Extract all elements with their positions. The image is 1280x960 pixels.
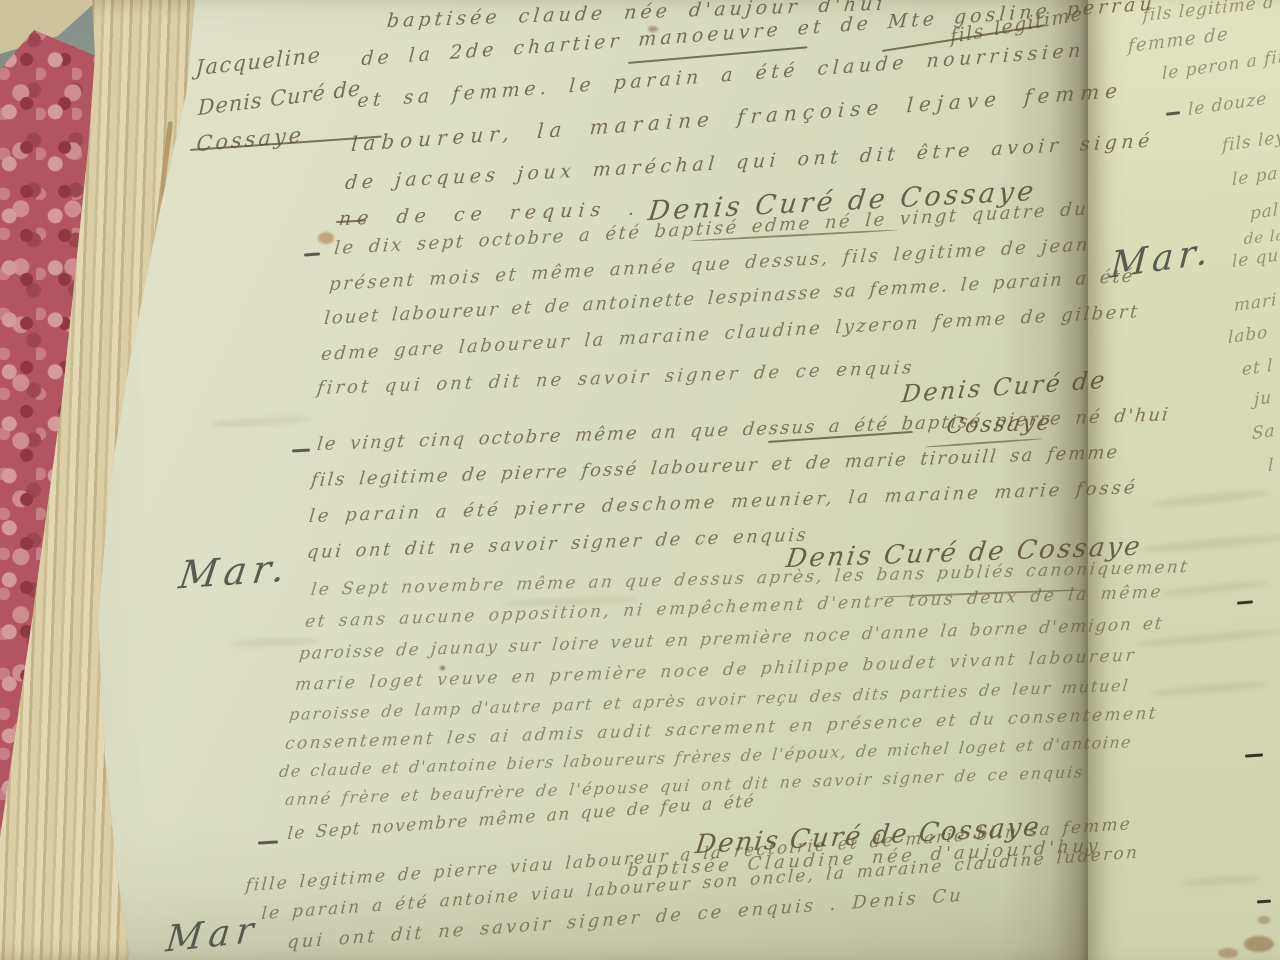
right-page-fragment: pall bbox=[1250, 201, 1280, 223]
manuscript-photo: Jacqueline Denis Curé de Cossaye baptisé… bbox=[0, 0, 1280, 960]
ink-stain bbox=[318, 232, 334, 244]
marriage-margin-note: Mar. bbox=[177, 548, 294, 594]
right-page-fragment: Sa bbox=[1252, 423, 1276, 443]
right-page-fragment: l bbox=[1268, 457, 1274, 475]
ink-stain bbox=[440, 666, 445, 670]
ink-stain bbox=[1258, 916, 1270, 924]
right-page-fragment: et l bbox=[1242, 358, 1273, 380]
right-page-fragment: de la bbox=[1243, 228, 1280, 248]
right-page-fragment: ju bbox=[1254, 389, 1272, 409]
ink-stain bbox=[1244, 936, 1274, 952]
ink-stain bbox=[1218, 948, 1238, 958]
marriage-margin-note-bottom: Mar bbox=[164, 912, 261, 958]
ink-stain bbox=[648, 26, 658, 32]
